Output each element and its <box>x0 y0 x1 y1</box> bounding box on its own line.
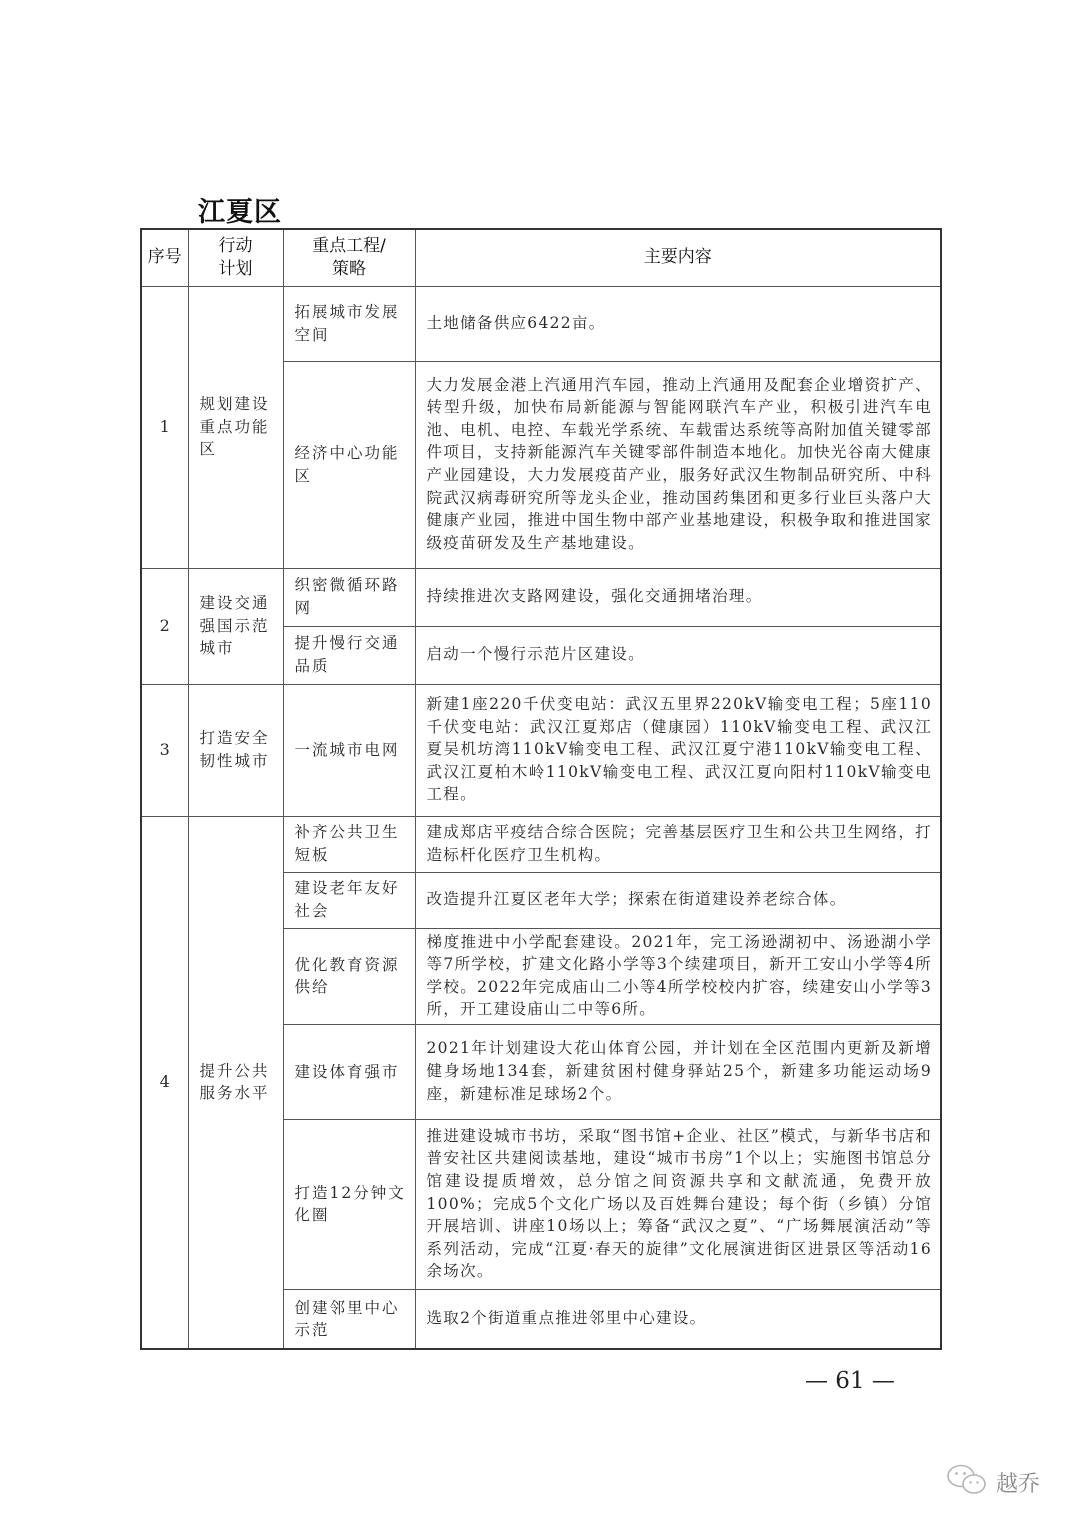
row-action-plan: 提升公共服务水平 <box>188 816 283 1349</box>
row-project: 拓展城市发展空间 <box>283 286 415 361</box>
row-project: 打造12分钟文化圈 <box>283 1119 415 1289</box>
row-content: 选取2个街道重点推进邻里中心建设。 <box>415 1289 941 1349</box>
header-action-plan: 行动 计划 <box>188 229 283 286</box>
row-action-plan: 建设交通强国示范城市 <box>188 568 283 684</box>
watermark: 越乔 <box>946 1463 1040 1501</box>
header-content: 主要内容 <box>415 229 941 286</box>
row-content: 土地储备供应6422亩。 <box>415 286 941 361</box>
row-content: 建成郑店平疫结合综合医院；完善基层医疗卫生和公共卫生网络，打造标杆化医疗卫生机构… <box>415 816 941 872</box>
row-project: 建设老年友好社会 <box>283 872 415 928</box>
row-content: 大力发展金港上汽通用汽车园，推动上汽通用及配套企业增资扩产、转型升级，加快布局新… <box>415 361 941 568</box>
row-content: 改造提升江夏区老年大学；探索在街道建设养老综合体。 <box>415 872 941 928</box>
row-project: 一流城市电网 <box>283 684 415 816</box>
row-project: 提升慢行交通品质 <box>283 626 415 684</box>
row-content: 推进建设城市书坊，采取“图书馆+企业、社区”模式，与新华书店和普安社区共建阅读基… <box>415 1119 941 1289</box>
watermark-text: 越乔 <box>996 1467 1040 1498</box>
row-project: 经济中心功能区 <box>283 361 415 568</box>
table-row: 2 建设交通强国示范城市 织密微循环路网 持续推进次支路网建设，强化交通拥堵治理… <box>141 568 941 626</box>
row-content: 持续推进次支路网建设，强化交通拥堵治理。 <box>415 568 941 626</box>
wechat-icon <box>946 1463 988 1501</box>
header-action-plan-line1: 行动 <box>189 235 283 258</box>
table-row: 3 打造安全韧性城市 一流城市电网 新建1座220千伏变电站：武汉五里界220k… <box>141 684 941 816</box>
row-action-plan: 规划建设重点功能区 <box>188 286 283 568</box>
row-number: 1 <box>141 286 188 568</box>
row-number: 4 <box>141 816 188 1349</box>
row-project: 优化教育资源供给 <box>283 928 415 1024</box>
row-content: 2021年计划建设大花山体育公园，并计划在全区范围内更新及新增健身场地134套，… <box>415 1024 941 1119</box>
row-project: 补齐公共卫生短板 <box>283 816 415 872</box>
row-number: 3 <box>141 684 188 816</box>
header-project-line2: 策略 <box>284 258 415 281</box>
header-number: 序号 <box>141 229 188 286</box>
header-project-line1: 重点工程/ <box>284 235 415 258</box>
row-content: 新建1座220千伏变电站：武汉五里界220kV输变电工程；5座110千伏变电站：… <box>415 684 941 816</box>
header-project: 重点工程/ 策略 <box>283 229 415 286</box>
row-content: 启动一个慢行示范片区建设。 <box>415 626 941 684</box>
row-action-plan: 打造安全韧性城市 <box>188 684 283 816</box>
table-header-row: 序号 行动 计划 重点工程/ 策略 主要内容 <box>141 229 941 286</box>
header-action-plan-line2: 计划 <box>189 258 283 281</box>
page-title: 江夏区 <box>198 190 282 229</box>
page-number: — 61 — <box>805 1368 895 1394</box>
row-project: 织密微循环路网 <box>283 568 415 626</box>
table-row: 4 提升公共服务水平 补齐公共卫生短板 建成郑店平疫结合综合医院；完善基层医疗卫… <box>141 816 941 872</box>
action-plan-table: 序号 行动 计划 重点工程/ 策略 主要内容 1 规划建设重点功能区 拓展城市发… <box>140 228 942 1350</box>
row-number: 2 <box>141 568 188 684</box>
row-content: 梯度推进中小学配套建设。2021年，完工汤逊湖初中、汤逊湖小学等7所学校，扩建文… <box>415 928 941 1024</box>
table-row: 1 规划建设重点功能区 拓展城市发展空间 土地储备供应6422亩。 <box>141 286 941 361</box>
row-project: 创建邻里中心示范 <box>283 1289 415 1349</box>
row-project: 建设体育强市 <box>283 1024 415 1119</box>
